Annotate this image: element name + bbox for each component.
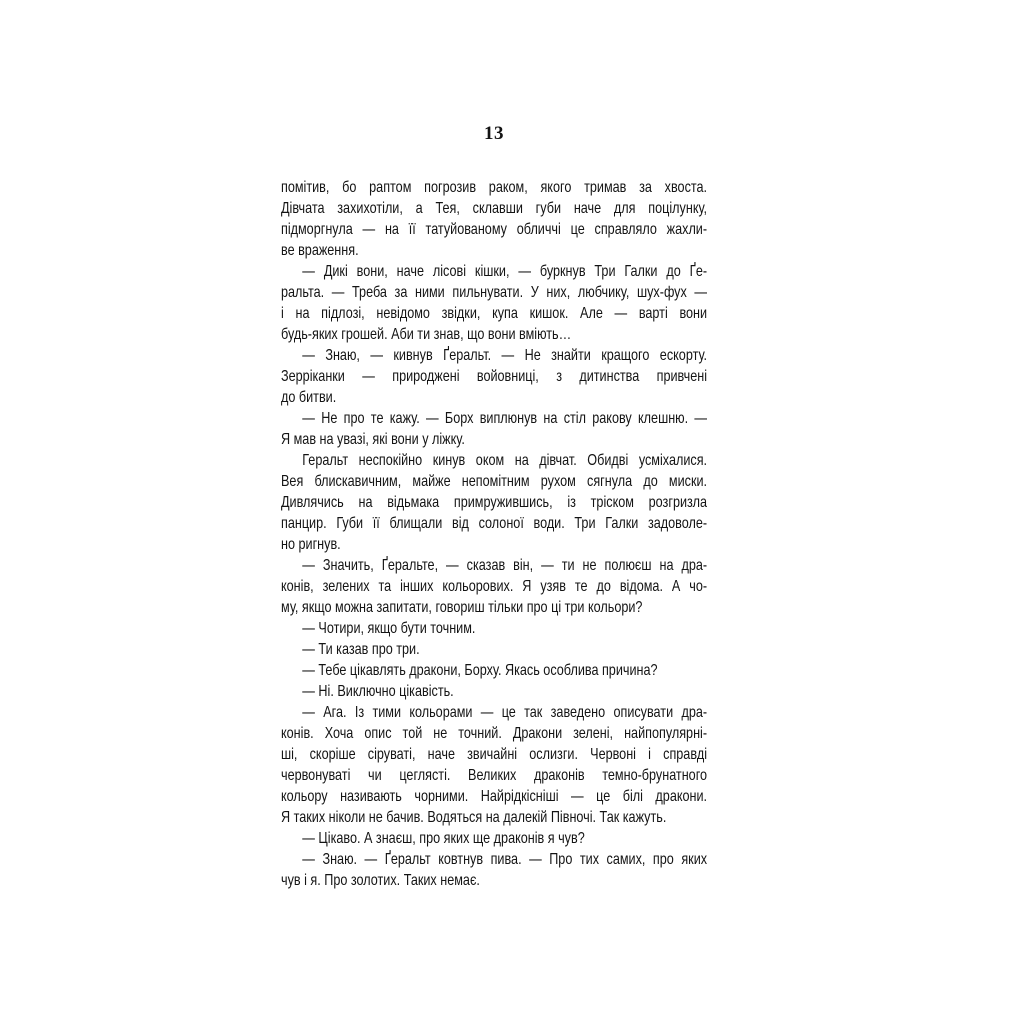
text-line: ве враження. [281,240,707,261]
text-line: чув і я. Про золотих. Таких немає. [281,870,707,891]
text-line: — Ні. Виключно цікавість. [281,681,707,702]
text-block: помітив, бо раптом погрозив раком, якого… [281,177,707,891]
text-line: будь-яких грошей. Аби ти знав, що вони в… [281,324,707,345]
text-line: і на підлозі, невідомо звідки, купа кишо… [281,303,707,324]
paragraph: — Не про те кажу. — Борх виплюнув на сті… [281,408,707,450]
text-line: ші, скоріше сіруваті, наче звичайні осли… [281,744,707,765]
paragraph: — Цікаво. А знаєш, про яких ще драконів … [281,828,707,849]
paragraph: — Знаю, — кивнув Ґеральт. — Не знайти кр… [281,345,707,408]
paragraph: — Ага. Із тими кольорами — це так заведе… [281,702,707,828]
page-number: 13 [281,123,707,145]
text-line: Я таких ніколи не бачив. Водяться на дал… [281,807,707,828]
text-line: помітив, бо раптом погрозив раком, якого… [281,177,707,198]
text-line: Вея блискавичним, майже непомітним рухом… [281,471,707,492]
text-line: червонуваті чи цеглясті. Великих драконі… [281,765,707,786]
text-line: — Дикі вони, наче лісові кішки, — буркну… [281,261,707,282]
text-line: конів, зелених та інших кольорових. Я уз… [281,576,707,597]
text-line: — Цікаво. А знаєш, про яких ще драконів … [281,828,707,849]
paragraph: помітив, бо раптом погрозив раком, якого… [281,177,707,261]
text-line: Дивлячись на відьмака примружившись, із … [281,492,707,513]
text-line: — Знаю, — кивнув Ґеральт. — Не знайти кр… [281,345,707,366]
text-line: Дівчата захихотіли, а Тея, склавши губи … [281,198,707,219]
text-line: до битви. [281,387,707,408]
text-line: — Знаю. — Ґеральт ковтнув пива. — Про ти… [281,849,707,870]
paragraph: — Тебе цікавлять дракони, Борху. Якась о… [281,660,707,681]
text-line: — Тебе цікавлять дракони, Борху. Якась о… [281,660,707,681]
text-line: — Ти казав про три. [281,639,707,660]
text-line: Зерріканки — природжені войовниці, з дит… [281,366,707,387]
text-line: — Не про те кажу. — Борх виплюнув на сті… [281,408,707,429]
paragraph: — Ти казав про три. [281,639,707,660]
book-page: 13 помітив, бо раптом погрозив раком, як… [0,0,1024,1024]
text-line: но ригнув. [281,534,707,555]
text-line: му, якщо можна запитати, говориш тільки … [281,597,707,618]
text-line: кольору називають чорними. Найрідкісніші… [281,786,707,807]
text-line: — Чотири, якщо бути точним. [281,618,707,639]
text-line: панцир. Губи її блищали від солоної води… [281,513,707,534]
text-line: Я мав на увазі, які вони у ліжку. [281,429,707,450]
paragraph: — Ні. Виключно цікавість. [281,681,707,702]
paragraph: — Чотири, якщо бути точним. [281,618,707,639]
paragraph: — Знаю. — Ґеральт ковтнув пива. — Про ти… [281,849,707,891]
text-line: Геральт неспокійно кинув оком на дівчат.… [281,450,707,471]
paragraph: — Значить, Ґеральте, — сказав він, — ти … [281,555,707,618]
text-line: — Значить, Ґеральте, — сказав він, — ти … [281,555,707,576]
text-line: конів. Хоча опис той не точний. Дракони … [281,723,707,744]
paragraph: — Дикі вони, наче лісові кішки, — буркну… [281,261,707,345]
text-line: підморгнула — на її татуйованому обличчі… [281,219,707,240]
paragraph: Геральт неспокійно кинув оком на дівчат.… [281,450,707,555]
text-line: — Ага. Із тими кольорами — це так заведе… [281,702,707,723]
text-line: ральта. — Треба за ними пильнувати. У ни… [281,282,707,303]
